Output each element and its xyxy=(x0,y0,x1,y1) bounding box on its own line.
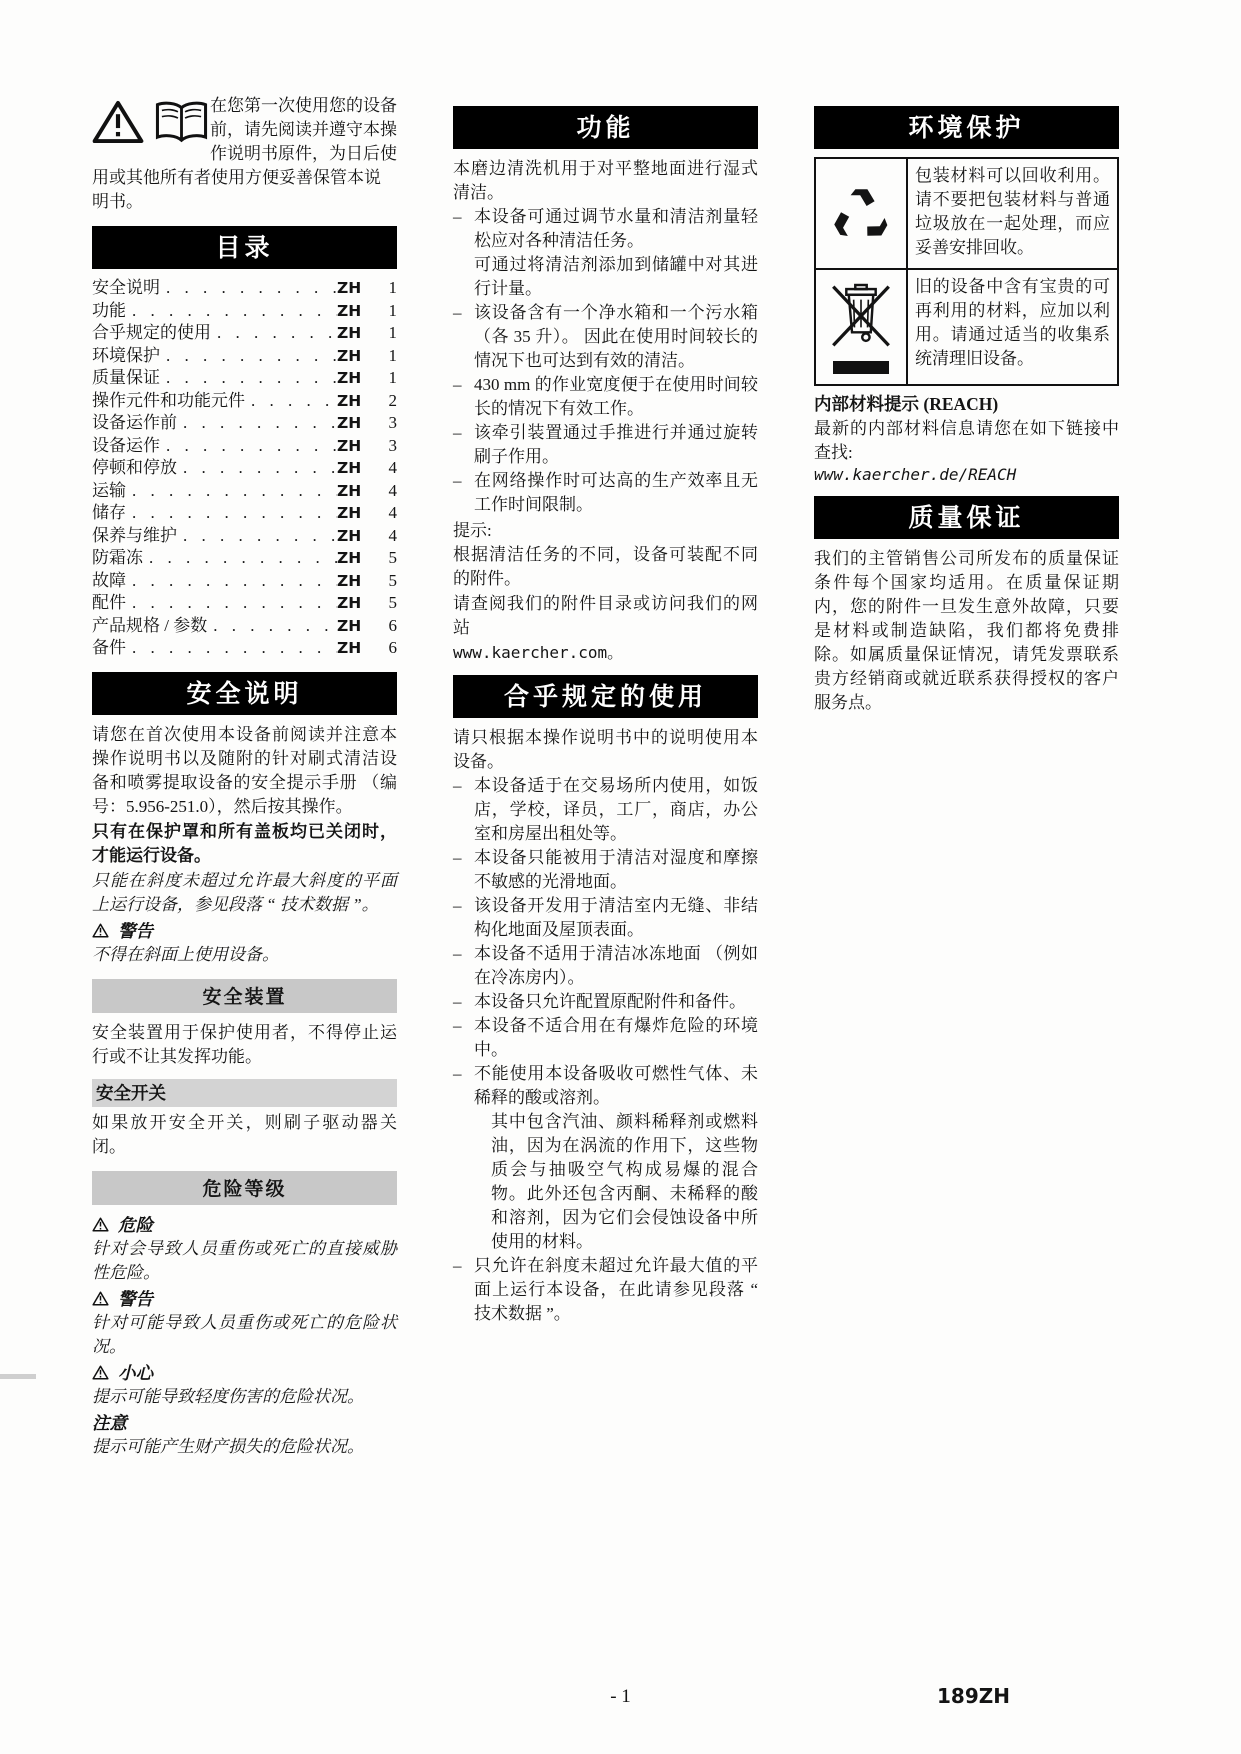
toc-entry-page: 1 xyxy=(373,277,397,300)
environment-row-text: 包装材料可以回收利用。请不要把包装材料与普通垃圾放在一起处理，而应妥善安排回收。 xyxy=(908,159,1117,268)
footer-page-number: - 1 xyxy=(0,1686,1241,1708)
warning-triangle-icon xyxy=(92,99,144,145)
section-header-warranty: 质量保证 xyxy=(814,496,1119,539)
toc-entry: 安全说明 ZH 1 xyxy=(92,277,397,300)
danger-level-caution: 小心 提示可能导致轻度伤害的危险状况。 xyxy=(92,1361,397,1409)
toc-entry-label: 停顿和停放 xyxy=(92,457,183,480)
section-header-environment: 环境保护 xyxy=(814,106,1119,149)
column-middle: 功能 本磨边清洗机用于对平整地面进行湿式清洁。 – 本设备可通过调节水量和清洁剂… xyxy=(453,94,758,1459)
warning-label-text: 警告 xyxy=(118,919,153,943)
toc-entry-lang: ZH xyxy=(337,300,373,323)
list-item: – 不能使用本设备吸收可燃性气体、未稀释的酸或溶剂。 xyxy=(453,1062,758,1110)
list-item-marker: – xyxy=(453,421,474,469)
function-intro: 本磨边清洗机用于对平整地面进行湿式清洁。 xyxy=(453,157,758,205)
toc-dot-leader xyxy=(166,345,337,368)
danger-level-warning: 警告 针对可能导致人员重伤或死亡的危险状况。 xyxy=(92,1287,397,1359)
danger-level-text: 针对会导致人员重伤或死亡的直接威胁性危险。 xyxy=(92,1237,397,1285)
toc-entry: 设备运作前 ZH 3 xyxy=(92,412,397,435)
toc-entry: 合乎规定的使用 ZH 1 xyxy=(92,322,397,345)
reach-text: 最新的内部材料信息请您在如下链接中查找: xyxy=(814,417,1119,465)
toc-dot-leader xyxy=(132,570,337,593)
list-item-text: 该牵引装置通过手推进行并通过旋转刷子作用。 xyxy=(474,421,758,469)
column-left: 在您第一次使用您的设备前，请先阅读并遵守本操作说明书原件，为日后使用或其他所有者… xyxy=(92,94,397,1459)
toc-entry: 储存 ZH 4 xyxy=(92,502,397,525)
toc-dot-leader xyxy=(251,390,337,413)
toc-entry-label: 功能 xyxy=(92,300,132,323)
list-item: – 该牵引装置通过手推进行并通过旋转刷子作用。 xyxy=(453,421,758,469)
list-item-text: 430 mm 的作业宽度便于在使用时间较长的情况下有效工作。 xyxy=(474,373,758,421)
list-item: – 该设备开发用于清洁室内无缝、非结构化地面及屋顶表面。 xyxy=(453,894,758,942)
toc-dot-leader xyxy=(132,592,337,615)
toc-entry-label: 故障 xyxy=(92,570,132,593)
toc-entry-lang: ZH xyxy=(337,345,373,368)
safety-switch-paragraph: 如果放开安全开关，则刷子驱动器关闭。 xyxy=(92,1111,397,1159)
list-item-marker: – xyxy=(453,894,474,942)
toc-dot-leader xyxy=(132,300,337,323)
danger-level-notice: 注意 提示可能产生财产损失的危险状况。 xyxy=(92,1411,397,1459)
list-item: – 在网络操作时可达高的生产效率且无工作时间限制。 xyxy=(453,469,758,517)
safety-paragraph-italic: 只能在斜度未超过允许最大斜度的平面上运行设备，参见段落 “ 技术数据 ”。 xyxy=(92,869,397,917)
toc-entry-lang: ZH xyxy=(337,570,373,593)
toc-entry-page: 1 xyxy=(373,322,397,345)
list-item-text: 该设备含有一个净水箱和一个污水箱（各 35 升）。 因此在使用时间较长的情况下也… xyxy=(474,301,758,373)
reach-title: 内部材料提示 (REACH) xyxy=(814,392,1119,417)
toc-entry-page: 3 xyxy=(373,412,397,435)
toc-entry-page: 4 xyxy=(373,502,397,525)
toc-entry: 操作元件和功能元件 ZH 2 xyxy=(92,390,397,413)
toc-entry-lang: ZH xyxy=(337,390,373,413)
list-item: – 430 mm 的作业宽度便于在使用时间较长的情况下有效工作。 xyxy=(453,373,758,421)
list-item: – 本设备适于在交易场所内使用，如饭店，学校，译员，工厂，商店，办公室和房屋出租… xyxy=(453,774,758,846)
toc-entry-label: 储存 xyxy=(92,502,132,525)
danger-level-label-text: 警告 xyxy=(118,1287,153,1311)
danger-level-label-text: 小心 xyxy=(118,1361,153,1385)
safety-devices-paragraph: 安全装置用于保护使用者，不得停止运行或不让其发挥功能。 xyxy=(92,1021,397,1069)
toc-entry: 备件 ZH 6 xyxy=(92,637,397,660)
danger-level-label-text: 注意 xyxy=(92,1411,127,1435)
toc-entry-page: 2 xyxy=(373,390,397,413)
toc-entry-page: 6 xyxy=(373,615,397,638)
function-bullet-list: – 本设备可通过调节水量和清洁剂量轻松应对各种清洁任务。 可通过将清洁剂添加到储… xyxy=(453,205,758,517)
toc-entry-page: 1 xyxy=(373,345,397,368)
warranty-text: 我们的主管销售公司所发布的质量保证条件每个国家均适用。在质量保证期内，您的附件一… xyxy=(814,547,1119,715)
toc-entry: 质量保证 ZH 1 xyxy=(92,367,397,390)
list-item-marker: – xyxy=(453,301,474,373)
list-item-marker: – xyxy=(453,1254,474,1326)
warning-triangle-icon xyxy=(92,923,109,938)
list-item: 其中包含汽油、颜料稀释剂或燃料油，因为在涡流的作用下，这些物质会与抽吸空气构成易… xyxy=(453,1110,758,1254)
toc-entry-label: 备件 xyxy=(92,637,132,660)
section-header-proper-use: 合乎规定的使用 xyxy=(453,675,758,718)
list-item-marker: – xyxy=(453,774,474,846)
list-item-marker: – xyxy=(453,990,474,1014)
toc-entry: 保养与维护 ZH 4 xyxy=(92,525,397,548)
danger-level-label: 注意 xyxy=(92,1411,397,1435)
toc-entry-label: 环境保护 xyxy=(92,345,166,368)
toc-entry-page: 6 xyxy=(373,637,397,660)
toc-entry-lang: ZH xyxy=(337,547,373,570)
toc-dot-leader xyxy=(149,547,337,570)
list-item: – 本设备只能被用于清洁对湿度和摩擦不敏感的光滑地面。 xyxy=(453,846,758,894)
note-text-2: 请查阅我们的附件目录或访问我们的网站 xyxy=(453,592,758,640)
toc-dot-leader xyxy=(166,277,337,300)
toc-entry-label: 安全说明 xyxy=(92,277,166,300)
danger-level-text: 提示可能导致轻度伤害的危险状况。 xyxy=(92,1385,397,1409)
list-item: – 本设备不适合用在有爆炸危险的环境中。 xyxy=(453,1014,758,1062)
danger-level-label: 小心 xyxy=(92,1361,397,1385)
list-item-text: 本设备只能被用于清洁对湿度和摩擦不敏感的光滑地面。 xyxy=(474,846,758,894)
warning-label: 警告 xyxy=(92,919,397,943)
list-item-text: 其中包含汽油、颜料稀释剂或燃料油，因为在涡流的作用下，这些物质会与抽吸空气构成易… xyxy=(474,1110,758,1254)
list-item-marker: – xyxy=(453,1062,474,1110)
environment-icon-cell xyxy=(816,159,908,268)
danger-level-label: 警告 xyxy=(92,1287,397,1311)
safety-paragraph-bold: 只有在保护罩和所有盖板均已关闭时，才能运行设备。 xyxy=(92,820,397,868)
list-item-marker xyxy=(453,253,474,301)
weee-black-bar xyxy=(833,361,889,374)
toc-entry-page: 5 xyxy=(373,592,397,615)
environment-row-text: 旧的设备中含有宝贵的可再利用的材料，应加以利用。请通过适当的收集系统清理旧设备。 xyxy=(908,270,1117,384)
section-header-danger-levels: 危险等级 xyxy=(92,1171,397,1205)
proper-use-bullet-list: – 本设备适于在交易场所内使用，如饭店，学校，译员，工厂，商店，办公室和房屋出租… xyxy=(453,774,758,1326)
website-url: www.kaercher.com。 xyxy=(453,640,758,663)
warning-triangle-icon xyxy=(92,1291,109,1306)
list-item: – 本设备可通过调节水量和清洁剂量轻松应对各种清洁任务。 xyxy=(453,205,758,253)
footer-doc-code: 189ZH xyxy=(937,1684,1010,1708)
page-columns: 在您第一次使用您的设备前，请先阅读并遵守本操作说明书原件，为日后使用或其他所有者… xyxy=(92,94,1119,1459)
list-item-marker: – xyxy=(453,469,474,517)
list-item-text: 在网络操作时可达高的生产效率且无工作时间限制。 xyxy=(474,469,758,517)
toc-entry-label: 配件 xyxy=(92,592,132,615)
read-manual-notice: 在您第一次使用您的设备前，请先阅读并遵守本操作说明书原件，为日后使用或其他所有者… xyxy=(92,94,397,214)
manual-page: 在您第一次使用您的设备前，请先阅读并遵守本操作说明书原件，为日后使用或其他所有者… xyxy=(0,0,1241,1754)
list-item: – 本设备不适用于清洁冰冻地面 （例如在冷冻房内）。 xyxy=(453,942,758,990)
warning-triangle-icon xyxy=(92,1217,109,1232)
open-book-icon xyxy=(153,99,210,145)
list-item: 可通过将清洁剂添加到储罐中对其进行计量。 xyxy=(453,253,758,301)
list-item-text: 本设备适于在交易场所内使用，如饭店，学校，译员，工厂，商店，办公室和房屋出租处等… xyxy=(474,774,758,846)
toc-entry: 防霜冻 ZH 5 xyxy=(92,547,397,570)
list-item: – 该设备含有一个净水箱和一个污水箱（各 35 升）。 因此在使用时间较长的情况… xyxy=(453,301,758,373)
environment-icon-cell xyxy=(816,270,908,384)
recycle-icon xyxy=(829,183,893,245)
toc-entry-lang: ZH xyxy=(337,277,373,300)
danger-level-text: 针对可能导致人员重伤或死亡的危险状况。 xyxy=(92,1311,397,1359)
toc-entry-label: 产品规格 / 参数 xyxy=(92,615,213,638)
toc-dot-leader xyxy=(217,322,337,345)
list-item-text: 该设备开发用于清洁室内无缝、非结构化地面及屋顶表面。 xyxy=(474,894,758,942)
toc-entry-lang: ZH xyxy=(337,457,373,480)
toc-entry-page: 5 xyxy=(373,570,397,593)
toc-entry-lang: ZH xyxy=(337,637,373,660)
danger-level-danger: 危险 针对会导致人员重伤或死亡的直接威胁性危险。 xyxy=(92,1213,397,1285)
danger-level-label-text: 危险 xyxy=(118,1213,153,1237)
toc-entry-label: 设备运作 xyxy=(92,435,166,458)
warning-triangle-icon xyxy=(92,1365,109,1380)
list-item-text: 只允许在斜度未超过允许最大值的平面上运行本设备，在此请参见段落 “ 技术数据 ”… xyxy=(474,1254,758,1326)
toc-entry-page: 5 xyxy=(373,547,397,570)
crossed-wheeled-bin-icon xyxy=(830,280,892,352)
toc-dot-leader xyxy=(183,412,337,435)
toc-entry-page: 4 xyxy=(373,457,397,480)
toc-entry: 设备运作 ZH 3 xyxy=(92,435,397,458)
list-item-marker xyxy=(453,1110,474,1254)
toc-entry-label: 操作元件和功能元件 xyxy=(92,390,251,413)
toc-dot-leader xyxy=(166,367,337,390)
toc-entry-lang: ZH xyxy=(337,480,373,503)
list-item-marker: – xyxy=(453,1014,474,1062)
toc-entry: 产品规格 / 参数 ZH 6 xyxy=(92,615,397,638)
toc-entry-label: 设备运作前 xyxy=(92,412,183,435)
warning-text: 不得在斜面上使用设备。 xyxy=(92,943,397,967)
danger-level-text: 提示可能产生财产损失的危险状况。 xyxy=(92,1435,397,1459)
toc-entry: 功能 ZH 1 xyxy=(92,300,397,323)
list-item-text: 可通过将清洁剂添加到储罐中对其进行计量。 xyxy=(474,253,758,301)
list-item-text: 不能使用本设备吸收可燃性气体、未稀释的酸或溶剂。 xyxy=(474,1062,758,1110)
toc-entry: 环境保护 ZH 1 xyxy=(92,345,397,368)
toc-entry-lang: ZH xyxy=(337,615,373,638)
toc-entry: 配件 ZH 5 xyxy=(92,592,397,615)
toc-entry-lang: ZH xyxy=(337,435,373,458)
toc-entry-page: 4 xyxy=(373,480,397,503)
danger-level-label: 危险 xyxy=(92,1213,397,1237)
section-header-toc: 目录 xyxy=(92,226,397,269)
section-header-function: 功能 xyxy=(453,106,758,149)
proper-use-intro: 请只根据本操作说明书中的说明使用本设备。 xyxy=(453,726,758,774)
toc-dot-leader xyxy=(132,480,337,503)
toc-entry-lang: ZH xyxy=(337,412,373,435)
toc-entry-page: 1 xyxy=(373,367,397,390)
list-item: – 本设备只允许配置原配附件和备件。 xyxy=(453,990,758,1014)
toc-entry-lang: ZH xyxy=(337,502,373,525)
safety-paragraph: 请您在首次使用本设备前阅读并注意本操作说明书以及随附的针对刷式清洁设备和喷雾提取… xyxy=(92,723,397,819)
reach-url: www.kaercher.de/REACH xyxy=(814,465,1119,484)
toc-entry-lang: ZH xyxy=(337,525,373,548)
list-item-marker: – xyxy=(453,846,474,894)
toc-entry: 运输 ZH 4 xyxy=(92,480,397,503)
environment-row-packaging: 包装材料可以回收利用。请不要把包装材料与普通垃圾放在一起处理，而应妥善安排回收。 xyxy=(816,159,1117,268)
toc-dot-leader xyxy=(132,637,337,660)
scan-artifact-line xyxy=(0,1374,36,1379)
environment-table: 包装材料可以回收利用。请不要把包装材料与普通垃圾放在一起处理，而应妥善安排回收。 xyxy=(814,157,1119,386)
note-label: 提示: xyxy=(453,519,758,543)
section-header-safety: 安全说明 xyxy=(92,672,397,715)
list-item-marker: – xyxy=(453,942,474,990)
notice-icons xyxy=(92,94,210,148)
toc-dot-leader xyxy=(166,435,337,458)
note-text: 根据清洁任务的不同，设备可装配不同的附件。 xyxy=(453,543,758,591)
toc-dot-leader xyxy=(183,457,337,480)
toc-entry-lang: ZH xyxy=(337,367,373,390)
list-item: – 只允许在斜度未超过允许最大值的平面上运行本设备，在此请参见段落 “ 技术数据… xyxy=(453,1254,758,1326)
list-item-text: 本设备只允许配置原配附件和备件。 xyxy=(474,990,758,1014)
toc-entry: 停顿和停放 ZH 4 xyxy=(92,457,397,480)
toc-entry-page: 1 xyxy=(373,300,397,323)
toc-entry-lang: ZH xyxy=(337,322,373,345)
list-item-marker: – xyxy=(453,205,474,253)
list-item-text: 本设备可通过调节水量和清洁剂量轻松应对各种清洁任务。 xyxy=(474,205,758,253)
list-item-text: 本设备不适合用在有爆炸危险的环境中。 xyxy=(474,1014,758,1062)
toc-entry-label: 质量保证 xyxy=(92,367,166,390)
toc-dot-leader xyxy=(183,525,337,548)
toc-dot-leader xyxy=(132,502,337,525)
section-header-safety-devices: 安全装置 xyxy=(92,979,397,1013)
toc-dot-leader xyxy=(213,615,337,638)
toc-entry-label: 运输 xyxy=(92,480,132,503)
toc-entry-label: 保养与维护 xyxy=(92,525,183,548)
toc-entry-label: 合乎规定的使用 xyxy=(92,322,217,345)
toc-entry-label: 防霜冻 xyxy=(92,547,149,570)
table-of-contents: 安全说明 ZH 1 功能 ZH 1 合乎规定的使用 ZH 1 环境保护 xyxy=(92,277,397,660)
toc-entry-lang: ZH xyxy=(337,592,373,615)
environment-row-old-devices: 旧的设备中含有宝贵的可再利用的材料，应加以利用。请通过适当的收集系统清理旧设备。 xyxy=(816,268,1117,384)
toc-entry-page: 3 xyxy=(373,435,397,458)
toc-entry-page: 4 xyxy=(373,525,397,548)
subsection-safety-switch: 安全开关 xyxy=(92,1079,397,1107)
list-item-marker: – xyxy=(453,373,474,421)
column-right: 环境保护 包装材料可以回收利用。请不要把包装材料与普通垃圾放在一起处理，而应妥善… xyxy=(814,94,1119,1459)
list-item-text: 本设备不适用于清洁冰冻地面 （例如在冷冻房内）。 xyxy=(474,942,758,990)
toc-entry: 故障 ZH 5 xyxy=(92,570,397,593)
